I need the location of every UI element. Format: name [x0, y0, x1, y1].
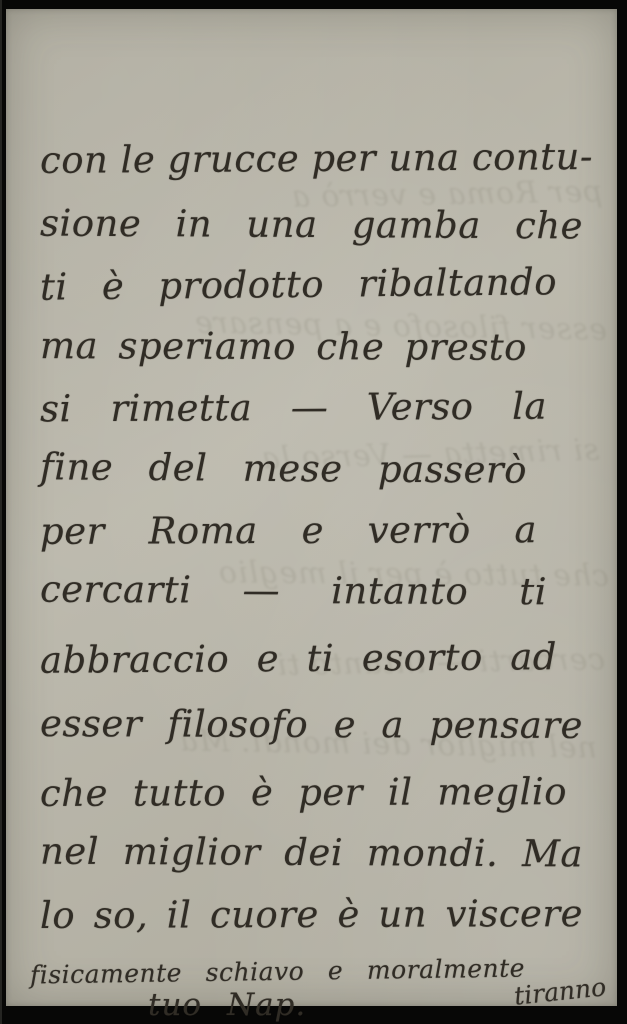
- letter-line: ma speriamo che presto: [40, 324, 527, 369]
- letter-line: sione in una gamba che: [40, 202, 583, 248]
- letter-line: ti è prodotto ribaltando: [40, 260, 557, 308]
- letter-line: abbraccio e ti esorto ad: [40, 635, 557, 682]
- letter-line: nel miglior dei mondi. Ma: [40, 830, 583, 876]
- letter-line: con le grucce per una contu-: [40, 135, 583, 182]
- letter-line: fine del mese passerò: [40, 445, 527, 491]
- signature: tuo Nap.: [148, 987, 306, 1023]
- letter-line: per Roma e verrò a: [40, 508, 537, 553]
- letter-line: si rimetta — Verso la: [40, 385, 547, 431]
- inserted-word: tiranno: [513, 972, 608, 1010]
- letter-line: cercarti — intanto ti: [40, 568, 547, 614]
- letter-line: esser filosofo e a pensare: [40, 702, 583, 747]
- letter-line: che tutto è per il meglio: [40, 770, 567, 815]
- scanned-letter-page: per Roma e verrò a esser filosofo e a pe…: [0, 0, 627, 1024]
- postscript-line: fisicamente schiavo e moralmente: [30, 954, 525, 990]
- letter-line: lo so, il cuore è un viscere: [40, 892, 583, 937]
- letter-paper: per Roma e verrò a esser filosofo e a pe…: [6, 9, 617, 1006]
- handwriting-layer: con le grucce per una contu- sione in un…: [6, 9, 617, 1006]
